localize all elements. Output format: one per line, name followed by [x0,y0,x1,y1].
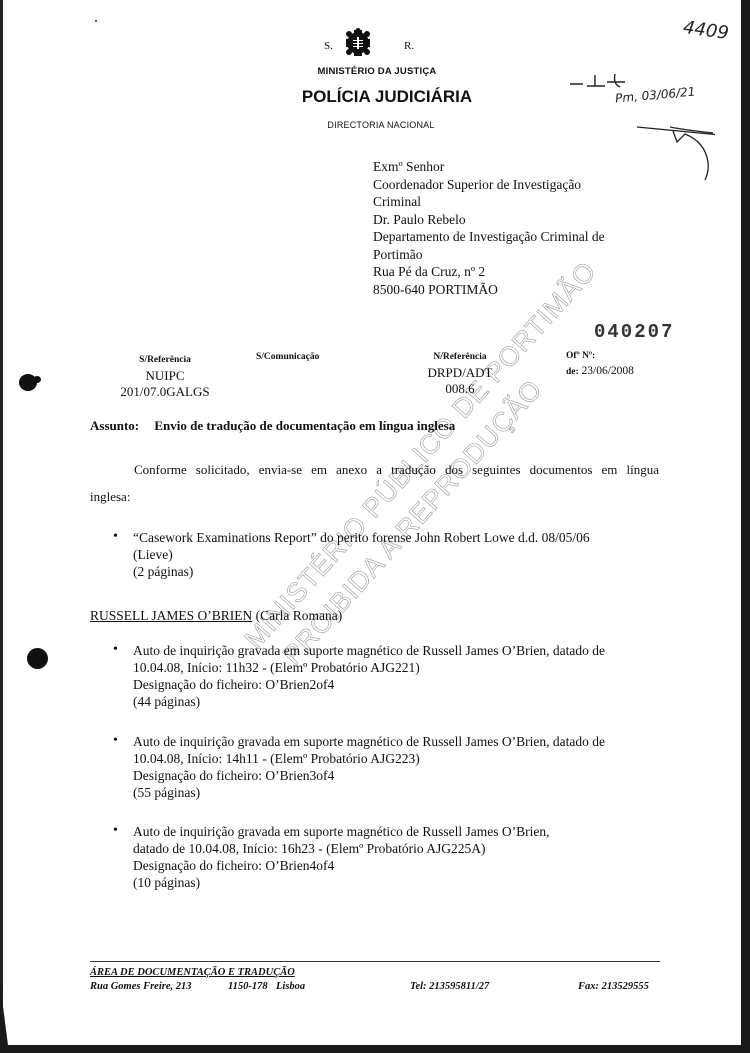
recipient-line: Portimão [373,246,605,264]
footer-postal-code: 1150-178 [228,981,268,992]
subject-label: Assunto: [90,418,139,433]
crest-left-letter: S. [324,40,333,52]
recipient-line: Criminal [373,193,605,211]
your-reference-label: S/Referência [110,352,220,368]
recipient-line: 8500-640 PORTIMÃO [373,281,605,299]
scan-edge-left [0,0,3,1053]
stamped-office-number: 040207 [594,321,674,343]
scan-edge-right [741,0,750,1053]
your-reference-value: 201/07.0GALGS [110,384,220,400]
recipient-line: Dr. Paulo Rebelo [373,211,605,229]
scan-edge-corner [0,983,9,1053]
body-paragraph-line-2: inglesa: [90,489,130,505]
your-communication: S/Comunicação [256,352,319,362]
office-number-label: Ofº Nº: [566,349,634,364]
item-line: Auto de inquirição gravada em suporte ma… [133,733,605,750]
document-list-item: “Casework Examinations Report” do perito… [133,529,590,580]
bullet-icon: • [113,733,118,749]
recipient-line: Rua Pé da Cruz, nº 2 [373,263,605,281]
item-line: 10.04.08, Início: 11h32 - (Elemº Probató… [133,659,605,676]
bullet-icon: • [113,823,118,839]
office-number: Ofº Nº: de: 23/06/2008 [566,349,634,380]
recipient-line: Departamento de Investigação Criminal de [373,228,605,246]
item-line: Designação do ficheiro: O’Brien3of4 [133,767,605,784]
footer-street: Rua Gomes Freire, 213 [90,981,192,992]
coat-of-arms-icon [343,28,373,58]
your-reference-value: NUIPC [110,368,220,384]
person-heading: RUSSELL JAMES O’BRIEN (Carla Romana) [90,608,342,624]
our-reference-value: DRPD/ADT [400,365,520,381]
footer-city: Lisboa [276,981,305,992]
footer-divider [90,961,660,962]
item-line: Auto de inquirição gravada em suporte ma… [133,642,605,659]
footer-telephone: Tel: 213595811/27 [410,981,489,992]
item-line: (44 páginas) [133,693,605,710]
punch-hole-mark [27,648,48,669]
date-label: de: [566,367,579,377]
item-line: datado de 10.04.08, Início: 16h23 - (Ele… [133,840,550,857]
footer-fax: Fax: 213529555 [578,981,649,992]
body-paragraph-line-1: Conforme solicitado, envia-se em anexo a… [134,462,659,478]
our-reference: N/Referência DRPD/ADT 008.6 [400,349,520,397]
item-line: (2 páginas) [133,563,590,580]
handwritten-page-number: 4409 [682,17,730,44]
recipient-line: Coordenador Superior de Investigação [373,176,605,194]
scan-speck [95,20,97,22]
bullet-icon: • [113,642,118,658]
our-reference-value: 008.6 [400,381,520,397]
document-list-item: Auto de inquirição gravada em suporte ma… [133,642,605,710]
scan-edge-bottom [0,1045,750,1053]
translator-name: (Carla Romana) [256,608,343,623]
watermark-line-1: MINISTÉRIO PÚBLICO DE PORTIMÃO [239,256,603,655]
item-line: “Casework Examinations Report” do perito… [133,529,590,546]
person-name: RUSSELL JAMES O’BRIEN [90,608,252,623]
punch-hole-mark [33,376,41,383]
item-line: Designação do ficheiro: O’Brien2of4 [133,676,605,693]
your-communication-label: S/Comunicação [256,352,319,362]
item-line: (10 páginas) [133,874,550,891]
subject-text: Envio de tradução de documentação em lín… [154,418,455,433]
bullet-icon: • [113,529,118,545]
item-line: (55 páginas) [133,784,605,801]
our-reference-label: N/Referência [400,349,520,365]
item-line: Designação do ficheiro: O’Brien4of4 [133,857,550,874]
item-line: 10.04.08, Início: 14h11 - (Elemº Probató… [133,750,605,767]
crest-right-letter: R. [404,40,414,52]
item-line: (Lieve) [133,546,590,563]
footer-department: ÁREA DE DOCUMENTAÇÃO E TRADUÇÃO [90,967,295,978]
office-date: 23/06/2008 [582,365,634,377]
item-line: Auto de inquirição gravada em suporte ma… [133,823,550,840]
subject-line: Assunto: Envio de tradução de documentaç… [90,418,455,434]
your-reference: S/Referência NUIPC 201/07.0GALGS [110,352,220,400]
document-list-item: Auto de inquirição gravada em suporte ma… [133,733,605,801]
letterhead-crest-row: S. R. [300,28,470,62]
recipient-address: Exmº Senhor Coordenador Superior de Inve… [373,158,605,298]
document-list-item: Auto de inquirição gravada em suporte ma… [133,823,550,891]
recipient-line: Exmº Senhor [373,158,605,176]
